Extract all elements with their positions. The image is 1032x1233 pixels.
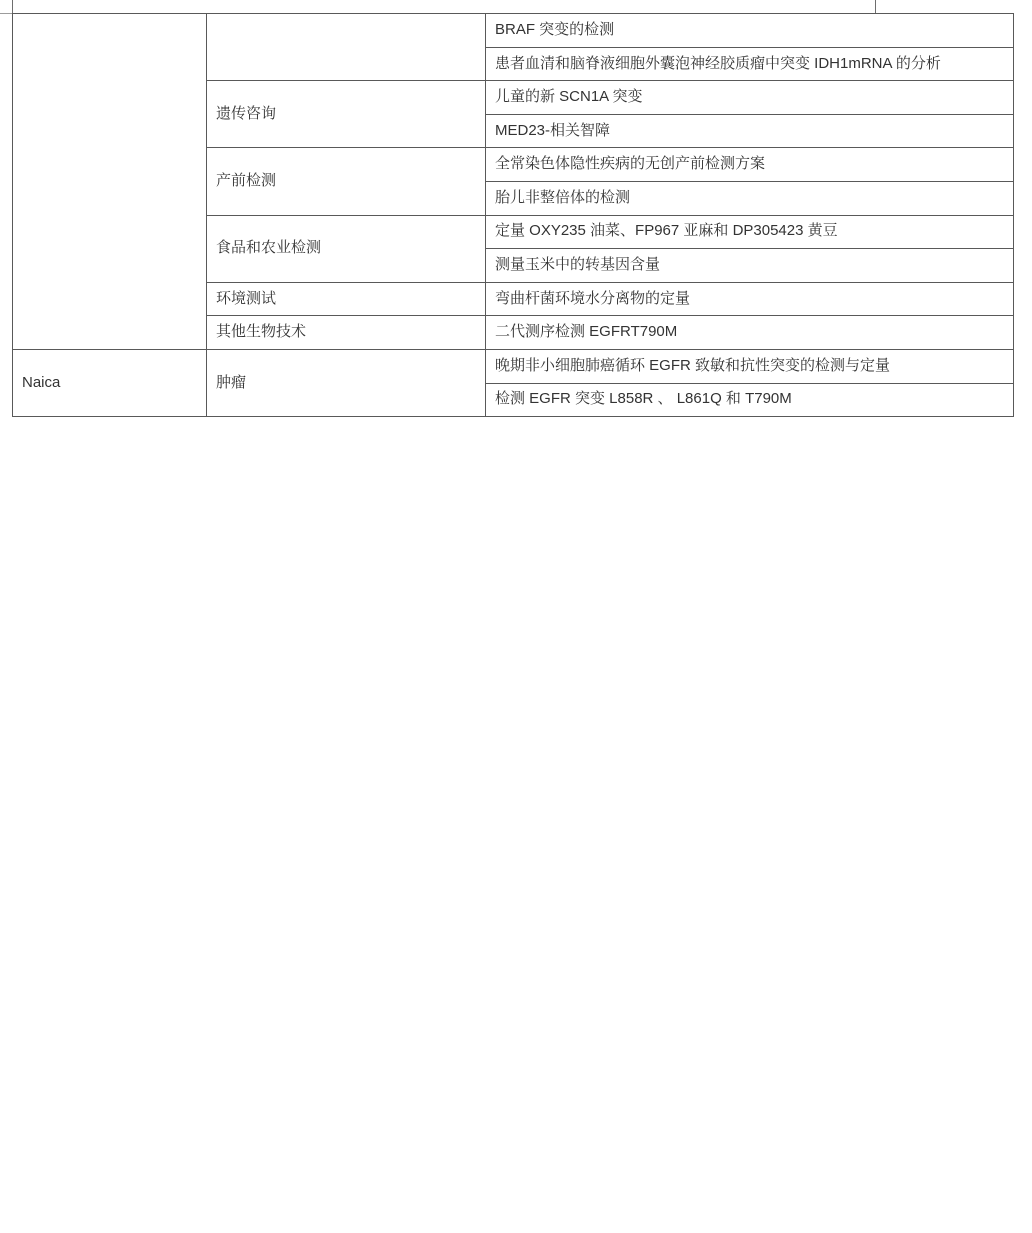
application-cell: 测量玉米中的转基因含量 [486,249,1014,283]
category-cell-other-biotech: 其他生物技术 [207,316,486,350]
application-cell: MED23-相关智障 [486,114,1014,148]
application-cell: 胎儿非整倍体的检测 [486,181,1014,215]
application-cell: 弯曲杆菌环境水分离物的定量 [486,282,1014,316]
application-cell: 检测 EGFR 突变 L858R 、 L861Q 和 T790M [486,383,1014,417]
page-edge-line-fragment [0,13,12,14]
category-cell-prenatal-testing: 产前检测 [207,148,486,215]
brand-cell-empty [13,14,207,350]
document-page: BRAF 突变的检测 患者血清和脑脊液细胞外囊泡神经胶质瘤中突变 IDH1mRN… [0,0,1032,1233]
category-cell-environmental-testing: 环境测试 [207,282,486,316]
application-cell: 晚期非小细胞肺癌循环 EGFR 致敏和抗性突变的检测与定量 [486,349,1014,383]
table-row: Naica 肿瘤 晚期非小细胞肺癌循环 EGFR 致敏和抗性突变的检测与定量 [13,349,1014,383]
cropped-row-left-border-fragment [12,0,13,13]
application-cell: 定量 OXY235 油菜、FP967 亚麻和 DP305423 黄豆 [486,215,1014,249]
table-row: BRAF 突变的检测 [13,14,1014,48]
application-cell: 患者血清和脑脊液细胞外囊泡神经胶质瘤中突变 IDH1mRNA 的分析 [486,47,1014,81]
application-cell: 二代测序检测 EGFRT790M [486,316,1014,350]
category-cell-genetic-counseling: 遗传咨询 [207,81,486,148]
cropped-row-divider-fragment [875,0,876,13]
category-cell-food-agriculture: 食品和农业检测 [207,215,486,282]
application-cell: BRAF 突变的检测 [486,14,1014,48]
brand-cell-naica: Naica [13,349,207,416]
category-cell-empty [207,14,486,81]
application-cell: 儿童的新 SCN1A 突变 [486,81,1014,115]
category-cell-oncology: 肿瘤 [207,349,486,416]
application-cell: 全常染色体隐性疾病的无创产前检测方案 [486,148,1014,182]
applications-table: BRAF 突变的检测 患者血清和脑脊液细胞外囊泡神经胶质瘤中突变 IDH1mRN… [12,13,1014,417]
